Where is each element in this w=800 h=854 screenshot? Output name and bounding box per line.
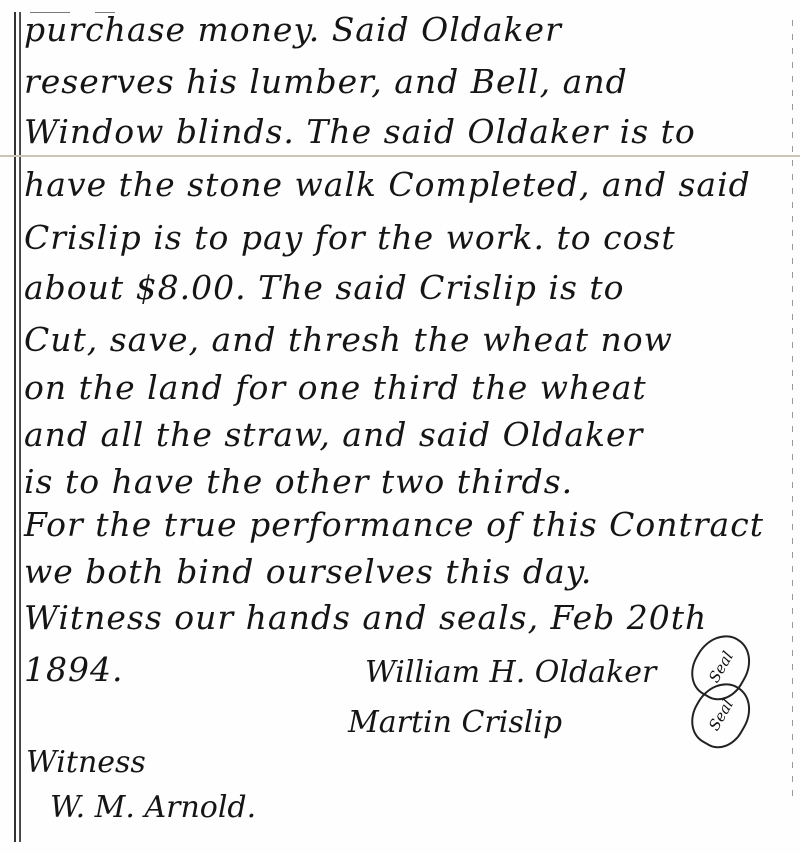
text-line-5: Crislip is to pay for the work. to cost: [24, 218, 676, 257]
text-line-10: is to have the other two thirds.: [24, 462, 573, 501]
text-line-6: about $8.00. The said Crislip is to: [24, 268, 625, 307]
text-line-13: Witness our hands and seals, Feb 20th: [24, 598, 707, 637]
left-margin-rule-inner: [20, 12, 21, 842]
document-page: purchase money. Said Oldaker reserves hi…: [0, 0, 800, 854]
text-line-1: purchase money. Said Oldaker: [24, 10, 562, 49]
date-year: 1894.: [24, 650, 123, 689]
signature-crislip: Martin Crislip: [348, 705, 562, 740]
right-edge-marks: [792, 20, 793, 800]
witness-name: W. M. Arnold.: [50, 790, 256, 825]
text-line-4: have the stone walk Completed, and said: [24, 165, 751, 204]
text-line-12: we both bind ourselves this day.: [24, 552, 592, 591]
seal-label: Seal: [705, 696, 737, 733]
text-line-8: on the land for one third the wheat: [24, 368, 647, 407]
text-line-3: Window blinds. The said Oldaker is to: [24, 112, 696, 151]
text-line-7: Cut, save, and thresh the wheat now: [24, 320, 673, 359]
text-line-9: and all the straw, and said Oldaker: [24, 415, 643, 454]
text-line-2: reserves his lumber, and Bell, and: [24, 62, 628, 101]
paper-fold-line: [0, 155, 800, 157]
seal-label: Seal: [705, 648, 737, 685]
signature-oldaker: William H. Oldaker: [365, 655, 656, 690]
text-line-3-content: Window blinds. The said Oldaker is to: [24, 112, 696, 151]
witness-label: Witness: [26, 745, 146, 780]
text-line-11: For the true performance of this Contrac…: [24, 505, 764, 544]
